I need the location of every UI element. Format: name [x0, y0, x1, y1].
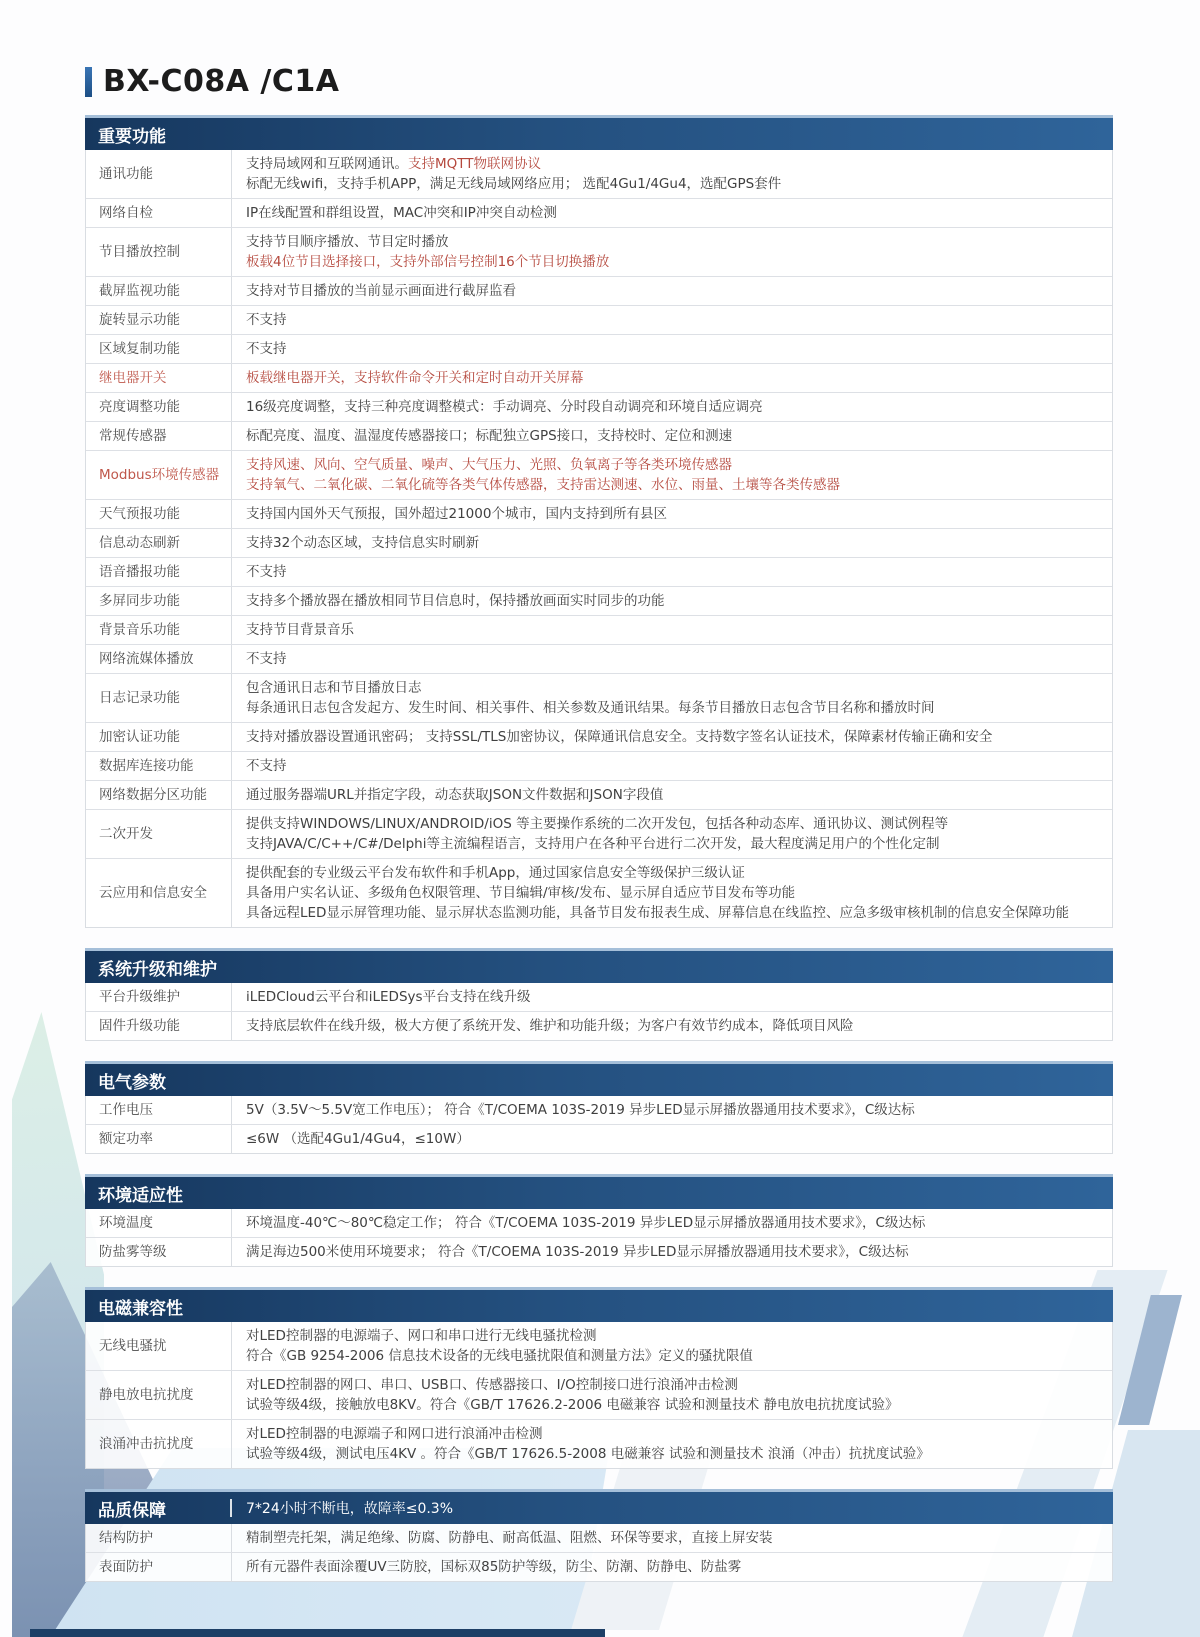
spec-value-segment: 不支持	[246, 651, 287, 667]
spec-value-line: 对LED控制器的网口、串口、USB口、传感器接口、I/O控制接口进行浪涌冲击检测	[246, 1375, 1102, 1395]
spec-value-line: 板载继电器开关，支持软件命令开关和定时自动开关屏幕	[246, 368, 1102, 388]
spec-row: 网络自检IP在线配置和群组设置，MAC冲突和IP冲突自动检测	[86, 199, 1112, 228]
spec-row-value: 板载继电器开关，支持软件命令开关和定时自动开关屏幕	[231, 364, 1112, 392]
spec-row: 网络流媒体播放不支持	[86, 645, 1112, 674]
spec-value-line: 提供支持WINDOWS/LINUX/ANDROID/iOS 等主要操作系统的二次…	[246, 814, 1102, 834]
spec-value-segment: 支持MQTT物联网协议	[408, 156, 541, 172]
spec-row-label: 常规传感器	[86, 422, 231, 450]
spec-row-value: 不支持	[231, 752, 1112, 780]
spec-row-label: 表面防护	[86, 1553, 231, 1581]
spec-section-environment: 环境适应性环境温度环境温度-40℃～80℃稳定工作； 符合《T/COEMA 10…	[85, 1174, 1113, 1267]
spec-row-label: 天气预报功能	[86, 500, 231, 528]
spec-value-line: 支持JAVA/C/C++/C#/Delphi等主流编程语言，支持用户在各种平台进…	[246, 834, 1102, 854]
section-body: 无线电骚扰对LED控制器的电源端子、网口和串口进行无线电骚扰检测符合《GB 92…	[85, 1322, 1113, 1469]
spec-value-line: 支持对播放器设置通讯密码； 支持SSL/TLS加密协议，保障通讯信息安全。支持数…	[246, 727, 1102, 747]
spec-row-value: 支持对播放器设置通讯密码； 支持SSL/TLS加密协议，保障通讯信息安全。支持数…	[231, 723, 1112, 751]
spec-row-label: 信息动态刷新	[86, 529, 231, 557]
spec-row-label: Modbus环境传感器	[86, 451, 231, 499]
spec-value-line: 对LED控制器的电源端子、网口和串口进行无线电骚扰检测	[246, 1326, 1102, 1346]
section-header: 重要功能	[85, 115, 1113, 150]
spec-value-segment: 标配亮度、温度、温湿度传感器接口；标配独立GPS接口，支持校时、定位和测速	[246, 428, 732, 444]
spec-value-segment: 支持32个动态区域，支持信息实时刷新	[246, 535, 479, 551]
section-header: 电磁兼容性	[85, 1287, 1113, 1322]
section-title: 电磁兼容性	[98, 1294, 183, 1319]
spec-value-line: 试验等级4级，测试电压4KV 。符合《GB/T 17626.5-2008 电磁兼…	[246, 1444, 1102, 1464]
spec-row-label: 二次开发	[86, 810, 231, 858]
spec-value-line: 5V（3.5V～5.5V宽工作电压）； 符合《T/COEMA 103S-2019…	[246, 1100, 1102, 1120]
spec-row-label: 固件升级功能	[86, 1012, 231, 1040]
spec-row-value: 16级亮度调整，支持三种亮度调整模式：手动调亮、分时段自动调亮和环境自适应调亮	[231, 393, 1112, 421]
spec-row-label: 加密认证功能	[86, 723, 231, 751]
spec-value-segment: 支持节目背景音乐	[246, 622, 354, 638]
spec-row-label: 多屏同步功能	[86, 587, 231, 615]
spec-value-segment: 所有元器件表面涂覆UV三防胶，国标双85防护等级，防尘、防潮、防静电、防盐雾	[246, 1559, 741, 1575]
spec-row-label: 防盐雾等级	[86, 1238, 231, 1266]
spec-value-segment: 符合《GB 9254-2006 信息技术设备的无线电骚扰限值和测量方法》定义的骚…	[246, 1348, 753, 1364]
section-title: 品质保障	[98, 1496, 230, 1521]
spec-value-segment: 不支持	[246, 312, 287, 328]
spec-value-segment: iLEDCloud云平台和iLEDSys平台支持在线升级	[246, 989, 531, 1005]
spec-sheet-page: BX-C08A /C1A 重要功能通讯功能支持局域网和互联网通讯。支持MQTT物…	[0, 0, 1200, 1637]
spec-row-value: ≤6W （选配4Gu1/4Gu4，≤10W）	[231, 1125, 1112, 1153]
spec-value-segment: IP在线配置和群组设置，MAC冲突和IP冲突自动检测	[246, 205, 557, 221]
spec-row-value: 支持32个动态区域，支持信息实时刷新	[231, 529, 1112, 557]
spec-value-segment: 对LED控制器的网口、串口、USB口、传感器接口、I/O控制接口进行浪涌冲击检测	[246, 1377, 738, 1393]
spec-value-segment: 环境温度-40℃～80℃稳定工作； 符合《T/COEMA 103S-2019 异…	[246, 1215, 925, 1231]
spec-value-line: 每条通讯日志包含发起方、发生时间、相关事件、相关参数及通讯结果。每条节目播放日志…	[246, 698, 1102, 718]
spec-value-line: 所有元器件表面涂覆UV三防胶，国标双85防护等级，防尘、防潮、防静电、防盐雾	[246, 1557, 1102, 1577]
spec-row-label: 背景音乐功能	[86, 616, 231, 644]
spec-row: Modbus环境传感器支持风速、风向、空气质量、噪声、大气压力、光照、负氧离子等…	[86, 451, 1112, 500]
spec-value-segment: 支持氧气、二氧化碳、二氧化硫等各类气体传感器，支持雷达测速、水位、雨量、土壤等各…	[246, 477, 840, 493]
spec-section-quality: 品质保障7*24小时不断电，故障率≤0.3%结构防护精制塑壳托架，满足绝缘、防腐…	[85, 1489, 1113, 1582]
spec-value-line: 支持国内国外天气预报，国外超过21000个城市，国内支持到所有县区	[246, 504, 1102, 524]
spec-value-line: 满足海边500米使用环境要求； 符合《T/COEMA 103S-2019 异步L…	[246, 1242, 1102, 1262]
spec-row: 浪涌冲击抗扰度对LED控制器的电源端子和网口进行浪涌冲击检测试验等级4级，测试电…	[86, 1420, 1112, 1468]
spec-value-line: 符合《GB 9254-2006 信息技术设备的无线电骚扰限值和测量方法》定义的骚…	[246, 1346, 1102, 1366]
spec-value-line: 具备用户实名认证、多级角色权限管理、节目编辑/审核/发布、显示屏自适应节目发布等…	[246, 883, 1102, 903]
spec-row-value: IP在线配置和群组设置，MAC冲突和IP冲突自动检测	[231, 199, 1112, 227]
spec-value-segment: 5V（3.5V～5.5V宽工作电压）； 符合《T/COEMA 103S-2019…	[246, 1102, 915, 1118]
spec-row: 额定功率≤6W （选配4Gu1/4Gu4，≤10W）	[86, 1125, 1112, 1153]
spec-value-line: 支持多个播放器在播放相同节目信息时，保持播放画面实时同步的功能	[246, 591, 1102, 611]
spec-row-label: 亮度调整功能	[86, 393, 231, 421]
spec-row-label: 浪涌冲击抗扰度	[86, 1420, 231, 1468]
spec-row-value: 标配亮度、温度、温湿度传感器接口；标配独立GPS接口，支持校时、定位和测速	[231, 422, 1112, 450]
spec-row-label: 网络自检	[86, 199, 231, 227]
spec-row: 数据库连接功能不支持	[86, 752, 1112, 781]
spec-value-segment: 板载继电器开关，支持软件命令开关和定时自动开关屏幕	[246, 370, 584, 386]
spec-value-segment: ≤6W （选配4Gu1/4Gu4，≤10W）	[246, 1131, 470, 1147]
spec-row-value: 通过服务器端URL并指定字段，动态获取JSON文件数据和JSON字段值	[231, 781, 1112, 809]
spec-sections: 重要功能通讯功能支持局域网和互联网通讯。支持MQTT物联网协议标配无线wifi，…	[85, 115, 1113, 1582]
spec-value-line: 支持风速、风向、空气质量、噪声、大气压力、光照、负氧离子等各类环境传感器	[246, 455, 1102, 475]
spec-row: 工作电压5V（3.5V～5.5V宽工作电压）； 符合《T/COEMA 103S-…	[86, 1096, 1112, 1125]
spec-value-line: 支持局域网和互联网通讯。支持MQTT物联网协议	[246, 154, 1102, 174]
spec-value-line: iLEDCloud云平台和iLEDSys平台支持在线升级	[246, 987, 1102, 1007]
section-header: 系统升级和维护	[85, 948, 1113, 983]
spec-value-segment: 支持国内国外天气预报，国外超过21000个城市，国内支持到所有县区	[246, 506, 667, 522]
section-header: 品质保障7*24小时不断电，故障率≤0.3%	[85, 1489, 1113, 1524]
spec-section-electrical: 电气参数工作电压5V（3.5V～5.5V宽工作电压）； 符合《T/COEMA 1…	[85, 1061, 1113, 1154]
spec-row-label: 语音播报功能	[86, 558, 231, 586]
spec-row-value: 支持风速、风向、空气质量、噪声、大气压力、光照、负氧离子等各类环境传感器支持氧气…	[231, 451, 1112, 499]
spec-row: 无线电骚扰对LED控制器的电源端子、网口和串口进行无线电骚扰检测符合《GB 92…	[86, 1322, 1112, 1371]
spec-row-value: 对LED控制器的网口、串口、USB口、传感器接口、I/O控制接口进行浪涌冲击检测…	[231, 1371, 1112, 1419]
spec-row-value: 支持底层软件在线升级，极大方便了系统开发、维护和功能升级；为客户有效节约成本，降…	[231, 1012, 1112, 1040]
spec-row-label: 平台升级维护	[86, 983, 231, 1011]
spec-value-segment: 具备用户实名认证、多级角色权限管理、节目编辑/审核/发布、显示屏自适应节目发布等…	[246, 885, 795, 901]
spec-row-value: 精制塑壳托架，满足绝缘、防腐、防静电、耐高低温、阻燃、环保等要求，直接上屏安装	[231, 1524, 1112, 1552]
spec-row-label: 继电器开关	[86, 364, 231, 392]
spec-value-line: 包含通讯日志和节目播放日志	[246, 678, 1102, 698]
spec-row-value: 对LED控制器的电源端子和网口进行浪涌冲击检测试验等级4级，测试电压4KV 。符…	[231, 1420, 1112, 1468]
spec-value-line: 提供配套的专业级云平台发布软件和手机App，通过国家信息安全等级保护三级认证	[246, 863, 1102, 883]
spec-row-value: 支持节目背景音乐	[231, 616, 1112, 644]
spec-row-label: 截屏监视功能	[86, 277, 231, 305]
spec-row-value: 支持节目顺序播放、节目定时播放板载4位节目选择接口，支持外部信号控制16个节目切…	[231, 228, 1112, 276]
spec-value-line: 精制塑壳托架，满足绝缘、防腐、防静电、耐高低温、阻燃、环保等要求，直接上屏安装	[246, 1528, 1102, 1548]
spec-row: 多屏同步功能支持多个播放器在播放相同节目信息时，保持播放画面实时同步的功能	[86, 587, 1112, 616]
spec-row: 日志记录功能包含通讯日志和节目播放日志每条通讯日志包含发起方、发生时间、相关事件…	[86, 674, 1112, 723]
spec-value-segment: 包含通讯日志和节目播放日志	[246, 680, 422, 696]
spec-value-line: 支持对节目播放的当前显示画面进行截屏监看	[246, 281, 1102, 301]
spec-value-line: 试验等级4级，接触放电8KV。符合《GB/T 17626.2-2006 电磁兼容…	[246, 1395, 1102, 1415]
spec-row: 固件升级功能支持底层软件在线升级，极大方便了系统开发、维护和功能升级；为客户有效…	[86, 1012, 1112, 1040]
spec-value-line: 支持底层软件在线升级，极大方便了系统开发、维护和功能升级；为客户有效节约成本，降…	[246, 1016, 1102, 1036]
spec-row-value: 满足海边500米使用环境要求； 符合《T/COEMA 103S-2019 异步L…	[231, 1238, 1112, 1266]
spec-row: 节目播放控制支持节目顺序播放、节目定时播放板载4位节目选择接口，支持外部信号控制…	[86, 228, 1112, 277]
section-title: 系统升级和维护	[98, 955, 217, 980]
spec-row: 二次开发提供支持WINDOWS/LINUX/ANDROID/iOS 等主要操作系…	[86, 810, 1112, 859]
spec-value-segment: 板载4位节目选择接口，支持外部信号控制16个节目切换播放	[246, 254, 609, 270]
spec-row-value: 支持对节目播放的当前显示画面进行截屏监看	[231, 277, 1112, 305]
spec-row: 亮度调整功能16级亮度调整，支持三种亮度调整模式：手动调亮、分时段自动调亮和环境…	[86, 393, 1112, 422]
title-row: BX-C08A /C1A	[85, 64, 1113, 99]
spec-value-segment: 不支持	[246, 758, 287, 774]
spec-value-line: 不支持	[246, 562, 1102, 582]
spec-row-label: 静电放电抗扰度	[86, 1371, 231, 1419]
spec-row: 信息动态刷新支持32个动态区域，支持信息实时刷新	[86, 529, 1112, 558]
spec-value-segment: 每条通讯日志包含发起方、发生时间、相关事件、相关参数及通讯结果。每条节目播放日志…	[246, 700, 935, 716]
spec-row: 天气预报功能支持国内国外天气预报，国外超过21000个城市，国内支持到所有县区	[86, 500, 1112, 529]
spec-value-line: 板载4位节目选择接口，支持外部信号控制16个节目切换播放	[246, 252, 1102, 272]
spec-row-label: 区域复制功能	[86, 335, 231, 363]
spec-value-segment: 支持节目顺序播放、节目定时播放	[246, 234, 449, 250]
spec-row-value: 不支持	[231, 645, 1112, 673]
spec-row-label: 网络数据分区功能	[86, 781, 231, 809]
spec-row-label: 数据库连接功能	[86, 752, 231, 780]
spec-value-line: 支持32个动态区域，支持信息实时刷新	[246, 533, 1102, 553]
section-header: 环境适应性	[85, 1174, 1113, 1209]
spec-row-value: 提供配套的专业级云平台发布软件和手机App，通过国家信息安全等级保护三级认证具备…	[231, 859, 1112, 927]
content-column: BX-C08A /C1A 重要功能通讯功能支持局域网和互联网通讯。支持MQTT物…	[85, 64, 1113, 1602]
spec-value-segment: 标配无线wifi，支持手机APP，满足无线局域网络应用； 选配4Gu1/4Gu4…	[246, 176, 781, 192]
section-body: 工作电压5V（3.5V～5.5V宽工作电压）； 符合《T/COEMA 103S-…	[85, 1096, 1113, 1154]
spec-row: 旋转显示功能不支持	[86, 306, 1112, 335]
spec-value-segment: 支持风速、风向、空气质量、噪声、大气压力、光照、负氧离子等各类环境传感器	[246, 457, 732, 473]
spec-row-value: 支持国内国外天气预报，国外超过21000个城市，国内支持到所有县区	[231, 500, 1112, 528]
spec-value-line: 不支持	[246, 339, 1102, 359]
spec-value-segment: 16级亮度调整，支持三种亮度调整模式：手动调亮、分时段自动调亮和环境自适应调亮	[246, 399, 763, 415]
spec-value-line: IP在线配置和群组设置，MAC冲突和IP冲突自动检测	[246, 203, 1102, 223]
spec-value-line: 对LED控制器的电源端子和网口进行浪涌冲击检测	[246, 1424, 1102, 1444]
spec-row-label: 通讯功能	[86, 150, 231, 198]
spec-value-line: 支持节目背景音乐	[246, 620, 1102, 640]
spec-value-segment: 支持多个播放器在播放相同节目信息时，保持播放画面实时同步的功能	[246, 593, 665, 609]
spec-row-value: 不支持	[231, 558, 1112, 586]
spec-row: 静电放电抗扰度对LED控制器的网口、串口、USB口、传感器接口、I/O控制接口进…	[86, 1371, 1112, 1420]
spec-value-segment: 精制塑壳托架，满足绝缘、防腐、防静电、耐高低温、阻燃、环保等要求，直接上屏安装	[246, 1530, 773, 1546]
spec-row: 网络数据分区功能通过服务器端URL并指定字段，动态获取JSON文件数据和JSON…	[86, 781, 1112, 810]
spec-row-label: 环境温度	[86, 1209, 231, 1237]
spec-row-label: 工作电压	[86, 1096, 231, 1124]
spec-value-segment: 通过服务器端URL并指定字段，动态获取JSON文件数据和JSON字段值	[246, 787, 663, 803]
section-body: 平台升级维护iLEDCloud云平台和iLEDSys平台支持在线升级固件升级功能…	[85, 983, 1113, 1041]
page-title: BX-C08A /C1A	[103, 64, 340, 99]
spec-value-segment: 不支持	[246, 341, 287, 357]
section-body: 结构防护精制塑壳托架，满足绝缘、防腐、防静电、耐高低温、阻燃、环保等要求，直接上…	[85, 1524, 1113, 1582]
section-header-divider	[230, 1499, 232, 1517]
spec-row: 环境温度环境温度-40℃～80℃稳定工作； 符合《T/COEMA 103S-20…	[86, 1209, 1112, 1238]
spec-value-line: 标配亮度、温度、温湿度传感器接口；标配独立GPS接口，支持校时、定位和测速	[246, 426, 1102, 446]
spec-value-segment: 支持对节目播放的当前显示画面进行截屏监看	[246, 283, 516, 299]
spec-value-segment: 不支持	[246, 564, 287, 580]
spec-row: 加密认证功能支持对播放器设置通讯密码； 支持SSL/TLS加密协议，保障通讯信息…	[86, 723, 1112, 752]
section-title: 电气参数	[98, 1068, 166, 1093]
spec-row: 背景音乐功能支持节目背景音乐	[86, 616, 1112, 645]
spec-row: 结构防护精制塑壳托架，满足绝缘、防腐、防静电、耐高低温、阻燃、环保等要求，直接上…	[86, 1524, 1112, 1553]
deco-bottom-navy-bar	[30, 1629, 605, 1637]
spec-row: 云应用和信息安全提供配套的专业级云平台发布软件和手机App，通过国家信息安全等级…	[86, 859, 1112, 927]
section-title: 重要功能	[98, 122, 166, 147]
spec-row-label: 网络流媒体播放	[86, 645, 231, 673]
spec-value-segment: 提供支持WINDOWS/LINUX/ANDROID/iOS 等主要操作系统的二次…	[246, 816, 948, 832]
spec-value-line: 通过服务器端URL并指定字段，动态获取JSON文件数据和JSON字段值	[246, 785, 1102, 805]
spec-value-segment: 对LED控制器的电源端子和网口进行浪涌冲击检测	[246, 1426, 542, 1442]
spec-value-line: 环境温度-40℃～80℃稳定工作； 符合《T/COEMA 103S-2019 异…	[246, 1213, 1102, 1233]
spec-row: 语音播报功能不支持	[86, 558, 1112, 587]
section-title: 环境适应性	[98, 1181, 183, 1206]
spec-row-value: 不支持	[231, 306, 1112, 334]
spec-row-label: 节目播放控制	[86, 228, 231, 276]
spec-row-value: 不支持	[231, 335, 1112, 363]
spec-value-segment: 试验等级4级，接触放电8KV。符合《GB/T 17626.2-2006 电磁兼容…	[246, 1397, 899, 1413]
spec-row-value: 支持局域网和互联网通讯。支持MQTT物联网协议标配无线wifi，支持手机APP，…	[231, 150, 1112, 198]
spec-row-value: 包含通讯日志和节目播放日志每条通讯日志包含发起方、发生时间、相关事件、相关参数及…	[231, 674, 1112, 722]
spec-value-segment: 支持对播放器设置通讯密码； 支持SSL/TLS加密协议，保障通讯信息安全。支持数…	[246, 729, 992, 745]
spec-section-emc: 电磁兼容性无线电骚扰对LED控制器的电源端子、网口和串口进行无线电骚扰检测符合《…	[85, 1287, 1113, 1469]
spec-row-label: 额定功率	[86, 1125, 231, 1153]
title-accent-bar	[85, 67, 92, 97]
spec-row: 平台升级维护iLEDCloud云平台和iLEDSys平台支持在线升级	[86, 983, 1112, 1012]
spec-row-value: 对LED控制器的电源端子、网口和串口进行无线电骚扰检测符合《GB 9254-20…	[231, 1322, 1112, 1370]
spec-row-value: 环境温度-40℃～80℃稳定工作； 符合《T/COEMA 103S-2019 异…	[231, 1209, 1112, 1237]
spec-value-line: 标配无线wifi，支持手机APP，满足无线局域网络应用； 选配4Gu1/4Gu4…	[246, 174, 1102, 194]
spec-row-value: 5V（3.5V～5.5V宽工作电压）； 符合《T/COEMA 103S-2019…	[231, 1096, 1112, 1124]
spec-section-system-upgrade: 系统升级和维护平台升级维护iLEDCloud云平台和iLEDSys平台支持在线升…	[85, 948, 1113, 1041]
spec-value-segment: 试验等级4级，测试电压4KV 。符合《GB/T 17626.5-2008 电磁兼…	[246, 1446, 930, 1462]
spec-row-value: 提供支持WINDOWS/LINUX/ANDROID/iOS 等主要操作系统的二次…	[231, 810, 1112, 858]
section-body: 环境温度环境温度-40℃～80℃稳定工作； 符合《T/COEMA 103S-20…	[85, 1209, 1113, 1267]
spec-value-line: 支持节目顺序播放、节目定时播放	[246, 232, 1102, 252]
spec-row: 继电器开关板载继电器开关，支持软件命令开关和定时自动开关屏幕	[86, 364, 1112, 393]
spec-row: 常规传感器标配亮度、温度、温湿度传感器接口；标配独立GPS接口，支持校时、定位和…	[86, 422, 1112, 451]
spec-row-value: 所有元器件表面涂覆UV三防胶，国标双85防护等级，防尘、防潮、防静电、防盐雾	[231, 1553, 1112, 1581]
spec-value-line: 不支持	[246, 310, 1102, 330]
spec-row-label: 旋转显示功能	[86, 306, 231, 334]
spec-value-line: 16级亮度调整，支持三种亮度调整模式：手动调亮、分时段自动调亮和环境自适应调亮	[246, 397, 1102, 417]
spec-value-segment: 满足海边500米使用环境要求； 符合《T/COEMA 103S-2019 异步L…	[246, 1244, 909, 1260]
spec-value-line: 不支持	[246, 756, 1102, 776]
section-header-value: 7*24小时不断电，故障率≤0.3%	[246, 1498, 453, 1518]
spec-value-line: ≤6W （选配4Gu1/4Gu4，≤10W）	[246, 1129, 1102, 1149]
spec-value-segment: 支持局域网和互联网通讯。	[246, 156, 408, 172]
spec-row: 通讯功能支持局域网和互联网通讯。支持MQTT物联网协议标配无线wifi，支持手机…	[86, 150, 1112, 199]
spec-value-line: 具备远程LED显示屏管理功能、显示屏状态监测功能，具备节目发布报表生成、屏幕信息…	[246, 903, 1102, 923]
spec-value-segment: 对LED控制器的电源端子、网口和串口进行无线电骚扰检测	[246, 1328, 596, 1344]
spec-value-segment: 具备远程LED显示屏管理功能、显示屏状态监测功能，具备节目发布报表生成、屏幕信息…	[246, 905, 1069, 921]
spec-value-line: 不支持	[246, 649, 1102, 669]
section-header: 电气参数	[85, 1061, 1113, 1096]
spec-row-label: 结构防护	[86, 1524, 231, 1552]
spec-row: 区域复制功能不支持	[86, 335, 1112, 364]
spec-value-line: 支持氧气、二氧化碳、二氧化硫等各类气体传感器，支持雷达测速、水位、雨量、土壤等各…	[246, 475, 1102, 495]
spec-value-segment: 支持底层软件在线升级，极大方便了系统开发、维护和功能升级；为客户有效节约成本，降…	[246, 1018, 854, 1034]
spec-row: 截屏监视功能支持对节目播放的当前显示画面进行截屏监看	[86, 277, 1112, 306]
spec-row-label: 日志记录功能	[86, 674, 231, 722]
spec-row: 防盐雾等级满足海边500米使用环境要求； 符合《T/COEMA 103S-201…	[86, 1238, 1112, 1266]
spec-row-value: 支持多个播放器在播放相同节目信息时，保持播放画面实时同步的功能	[231, 587, 1112, 615]
spec-value-segment: 提供配套的专业级云平台发布软件和手机App，通过国家信息安全等级保护三级认证	[246, 865, 745, 881]
spec-section-important-functions: 重要功能通讯功能支持局域网和互联网通讯。支持MQTT物联网协议标配无线wifi，…	[85, 115, 1113, 928]
spec-row: 表面防护所有元器件表面涂覆UV三防胶，国标双85防护等级，防尘、防潮、防静电、防…	[86, 1553, 1112, 1581]
spec-value-segment: 支持JAVA/C/C++/C#/Delphi等主流编程语言，支持用户在各种平台进…	[246, 836, 939, 852]
spec-row-value: iLEDCloud云平台和iLEDSys平台支持在线升级	[231, 983, 1112, 1011]
spec-row-label: 无线电骚扰	[86, 1322, 231, 1370]
section-body: 通讯功能支持局域网和互联网通讯。支持MQTT物联网协议标配无线wifi，支持手机…	[85, 150, 1113, 928]
spec-row-label: 云应用和信息安全	[86, 859, 231, 927]
